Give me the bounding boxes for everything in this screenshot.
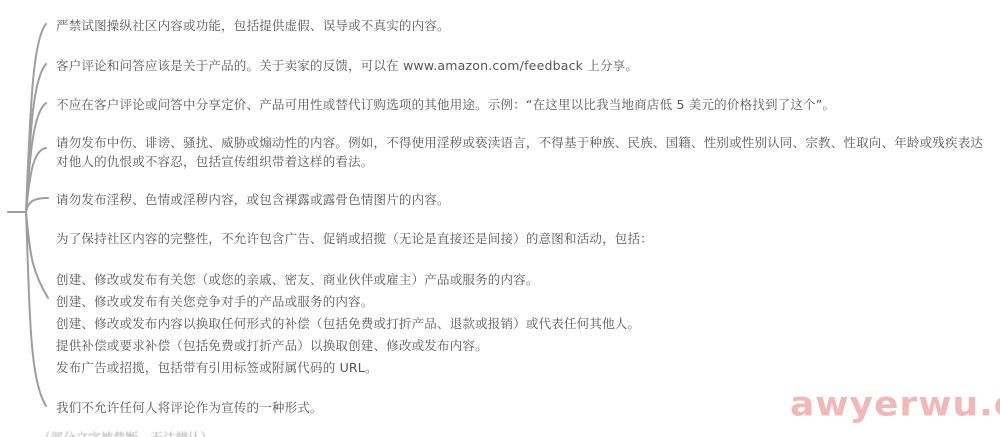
mindmap-node-promotion-intro: 为了保持社区内容的完整性，不允许包含广告、促销或招揽（无论是直接还是间接）的意图… xyxy=(56,229,653,248)
mindmap: 严禁试图操纵社区内容或功能，包括提供虚假、误导或不真实的内容。 客户评论和问答应… xyxy=(0,0,1000,437)
mindmap-node-manipulation: 严禁试图操纵社区内容或功能，包括提供虚假、误导或不真实的内容。 xyxy=(56,16,450,35)
mindmap-node-promotion-item-2: 创建、修改或发布有关您竞争对手的产品或服务的内容。 xyxy=(56,292,374,311)
mindmap-node-product-focus: 客户评论和问答应该是关于产品的。关于卖家的反馈，可以在 www.amazon.c… xyxy=(56,56,638,75)
mindmap-node-obscene: 请勿发布淫秽、色情或淫秽内容，或包含裸露或露骨色情图片的内容。 xyxy=(56,190,450,209)
mindmap-node-promotion-item-1: 创建、修改或发布有关您（或您的亲戚、密友、商业伙伴或雇主）产品或服务的内容。 xyxy=(56,270,539,289)
brace-connector-icon xyxy=(0,0,60,437)
mindmap-node-promotion-item-4: 提供补偿或要求补偿（包括免费或打折产品）以换取创建、修改或发布内容。 xyxy=(56,336,488,355)
mindmap-node-harassment: 请勿发布中伤、诽谤、骚扰、威胁或煽动性的内容。例如，不得使用淫秽或亵渎语言，不得… xyxy=(56,133,986,171)
mindmap-node-no-promotion: 我们不允许任何人将评论作为宣传的一种形式。 xyxy=(56,398,323,417)
cutoff-text-line: （部分文字被截断，无法辨认） xyxy=(38,428,938,437)
mindmap-node-pricing: 不应在客户评论或问答中分享定价、产品可用性或替代订购选项的其他用途。示例：“在这… xyxy=(56,95,835,114)
mindmap-node-promotion-item-5: 发布广告或招揽，包括带有引用标签或附属代码的 URL。 xyxy=(56,358,378,377)
watermark: awyerwu.com xyxy=(790,385,1000,424)
mindmap-node-promotion-item-3: 创建、修改或发布内容以换取任何形式的补偿（包括免费或打折产品、退款或报销）或代表… xyxy=(56,314,640,333)
